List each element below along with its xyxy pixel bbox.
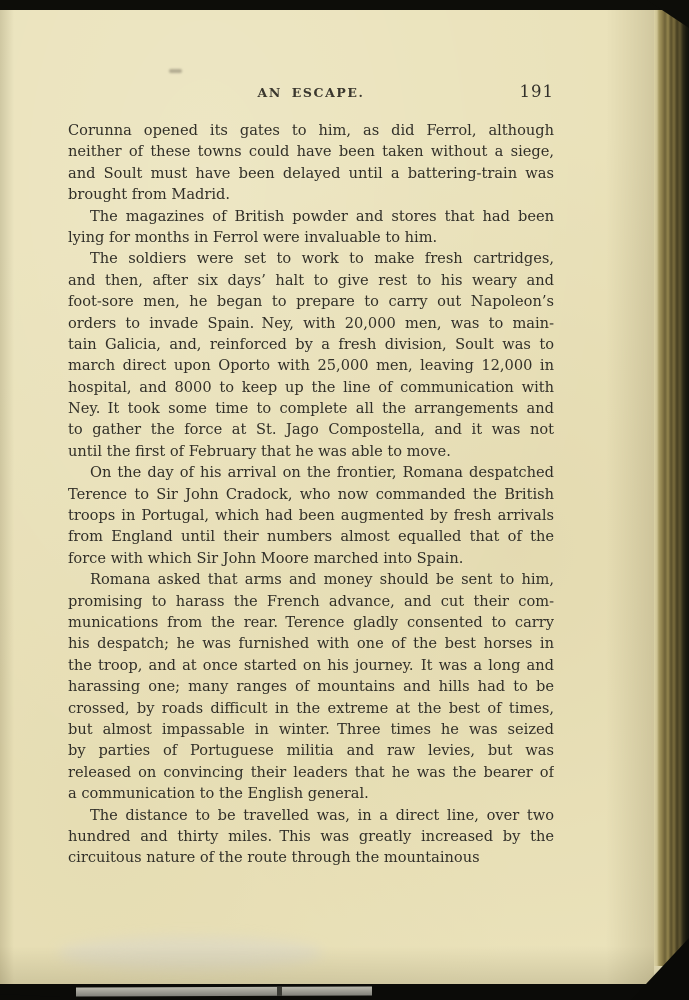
text-block: Corunna opened its gates to him, as did … [68,120,554,869]
text-line: Romana asked that arms and money should … [68,569,554,590]
text-line: promising to harass the French advance, … [68,591,554,612]
text-line: lying for months in Ferrol were invaluab… [68,227,554,248]
text-line: and then, after six days’ halt to give r… [68,270,554,291]
text-line: circuitous nature of the route through t… [68,847,554,868]
text-line: but almost impassable in winter. Three t… [68,719,554,740]
text-line: by parties of Portuguese militia and raw… [68,740,554,761]
paragraph: Romana asked that arms and money should … [68,569,554,804]
text-line: hospital, and 8000 to keep up the line o… [68,377,554,398]
scanner-bar-notch [277,987,282,996]
paragraph: The distance to be travelled was, in a d… [68,805,554,869]
paragraph: On the day of his arrival on the frontie… [68,462,554,569]
text-line: The distance to be travelled was, in a d… [68,805,554,826]
running-title: AN ESCAPE. [68,85,554,100]
text-line: munications from the rear. Terence gladl… [68,612,554,633]
text-line: march direct upon Oporto with 25,000 men… [68,355,554,376]
text-line: orders to invade Spain. Ney, with 20,000… [68,313,554,334]
text-line: foot-sore men, he began to prepare to ca… [68,291,554,312]
stacked-page-edges [654,6,689,966]
text-line: tain Galicia, and, reinforced by a fresh… [68,334,554,355]
text-line: Terence to Sir John Cradock, who now com… [68,484,554,505]
text-line: and Soult must have been delayed until a… [68,163,554,184]
text-line: On the day of his arrival on the frontie… [68,462,554,483]
text-line: troops in Portugal, which had been augme… [68,505,554,526]
text-line: until the first of February that he was … [68,441,554,462]
text-line: to gather the force at St. Jago Composte… [68,419,554,440]
paragraph: Corunna opened its gates to him, as did … [68,120,554,206]
scanner-bed-bar [76,986,372,996]
text-line: brought from Madrid. [68,184,554,205]
text-line: force with which Sir John Moore marched … [68,548,554,569]
text-line: a communication to the English general. [68,783,554,804]
bottom-page-shading [0,946,689,986]
text-line: released on convincing their leaders tha… [68,762,554,783]
text-line: from England until their numbers almost … [68,526,554,547]
text-line: harassing one; many ranges of mountains … [68,676,554,697]
text-line: neither of these towns could have been t… [68,141,554,162]
scan-top-border [0,0,689,10]
text-line: crossed, by roads difficult in the extre… [68,698,554,719]
text-line: The soldiers were set to work to make fr… [68,248,554,269]
paragraph: The soldiers were set to work to make fr… [68,248,554,462]
text-line: his despatch; he was furnished with one … [68,633,554,654]
text-line: the troop, and at once started on his jo… [68,655,554,676]
text-line: Ney. It took some time to complete all t… [68,398,554,419]
text-line: hundred and thirty miles. This was great… [68,826,554,847]
left-page-shading [0,0,14,1000]
right-page-shading [606,0,654,1000]
text-line: The magazines of British powder and stor… [68,206,554,227]
page-header: AN ESCAPE. 191 [68,85,554,105]
scanned-book-page: AN ESCAPE. 191 Corunna opened its gates … [0,0,689,1000]
page-number: 191 [520,82,555,101]
paragraph: The magazines of British powder and stor… [68,206,554,249]
text-line: Corunna opened its gates to him, as did … [68,120,554,141]
dust-speck [169,69,182,73]
